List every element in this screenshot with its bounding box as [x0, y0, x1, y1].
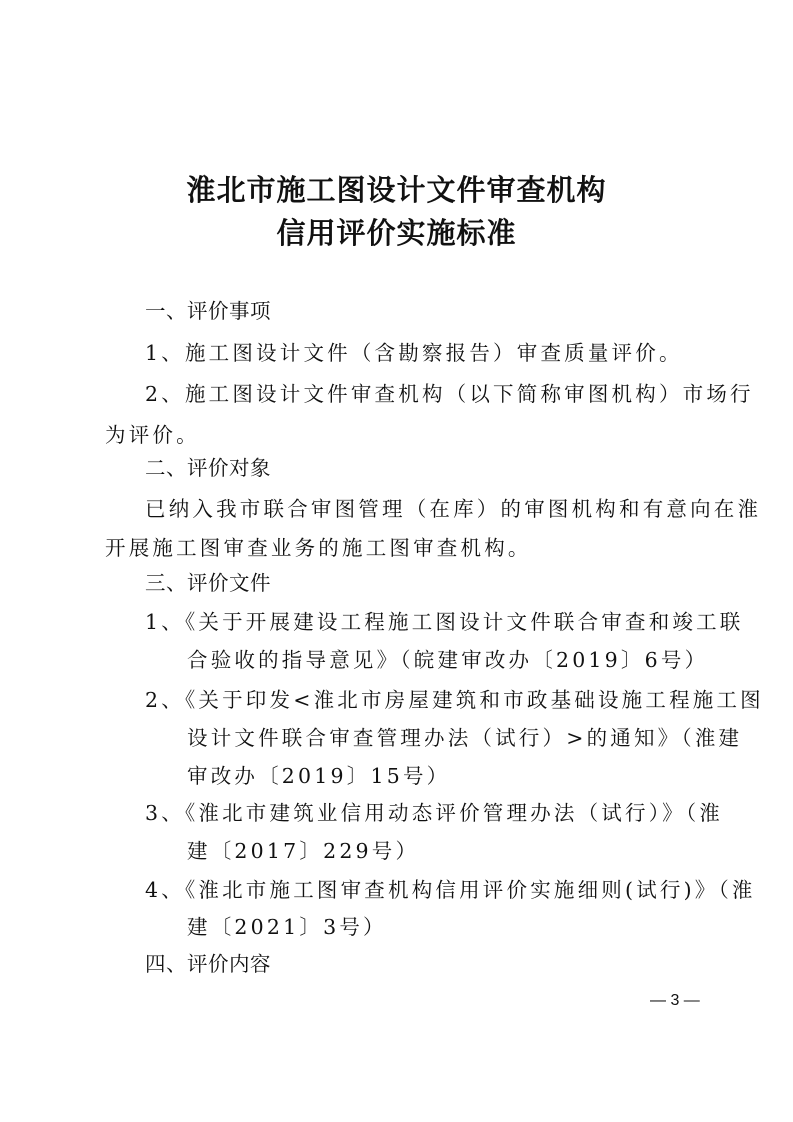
- section-heading-2: 二、评价对象: [145, 451, 271, 481]
- paragraph-line: 1、施工图设计文件（含勘察报告）审查质量评价。: [145, 336, 683, 366]
- reference-item-cont: 合验收的指导意见》（皖建审改办〔2019〕6号）: [187, 643, 708, 673]
- section-heading-4: 四、评价内容: [145, 947, 271, 977]
- reference-item: 4、《淮北市施工图审查机构信用评价实施细则(试行)》（淮: [145, 873, 756, 903]
- section-heading-3: 三、评价文件: [145, 566, 271, 596]
- paragraph-line: 开展施工图审查业务的施工图审查机构。: [105, 531, 532, 561]
- reference-item-cont: 建〔2021〕3号）: [187, 910, 387, 940]
- paragraph-line: 2、施工图设计文件审查机构（以下简称审图机构）市场行: [145, 377, 754, 407]
- reference-item-cont: 审改办〔2019〕15号）: [187, 759, 450, 789]
- reference-item: 1、《关于开展建设工程施工图设计文件联合审查和竣工联: [145, 605, 744, 635]
- paragraph-line: 已纳入我市联合审图管理（在库）的审图机构和有意向在淮: [145, 492, 761, 522]
- reference-item: 2、《关于印发<淮北市房屋建筑和市政基础设施工程施工图: [145, 683, 764, 713]
- page-number: — 3 —: [650, 992, 700, 1010]
- document-title-line1: 淮北市施工图设计文件审查机构: [0, 168, 793, 209]
- section-heading-1: 一、评价事项: [145, 294, 271, 324]
- reference-item-cont: 设计文件联合审查管理办法（试行）>的通知》（淮建: [187, 721, 742, 751]
- paragraph-line: 为评价。: [105, 418, 200, 448]
- reference-item-cont: 建〔2017〕229号）: [187, 834, 419, 864]
- reference-item: 3、《淮北市建筑业信用动态评价管理办法（试行）》（淮: [145, 796, 723, 826]
- document-title-line2: 信用评价实施标准: [0, 211, 793, 252]
